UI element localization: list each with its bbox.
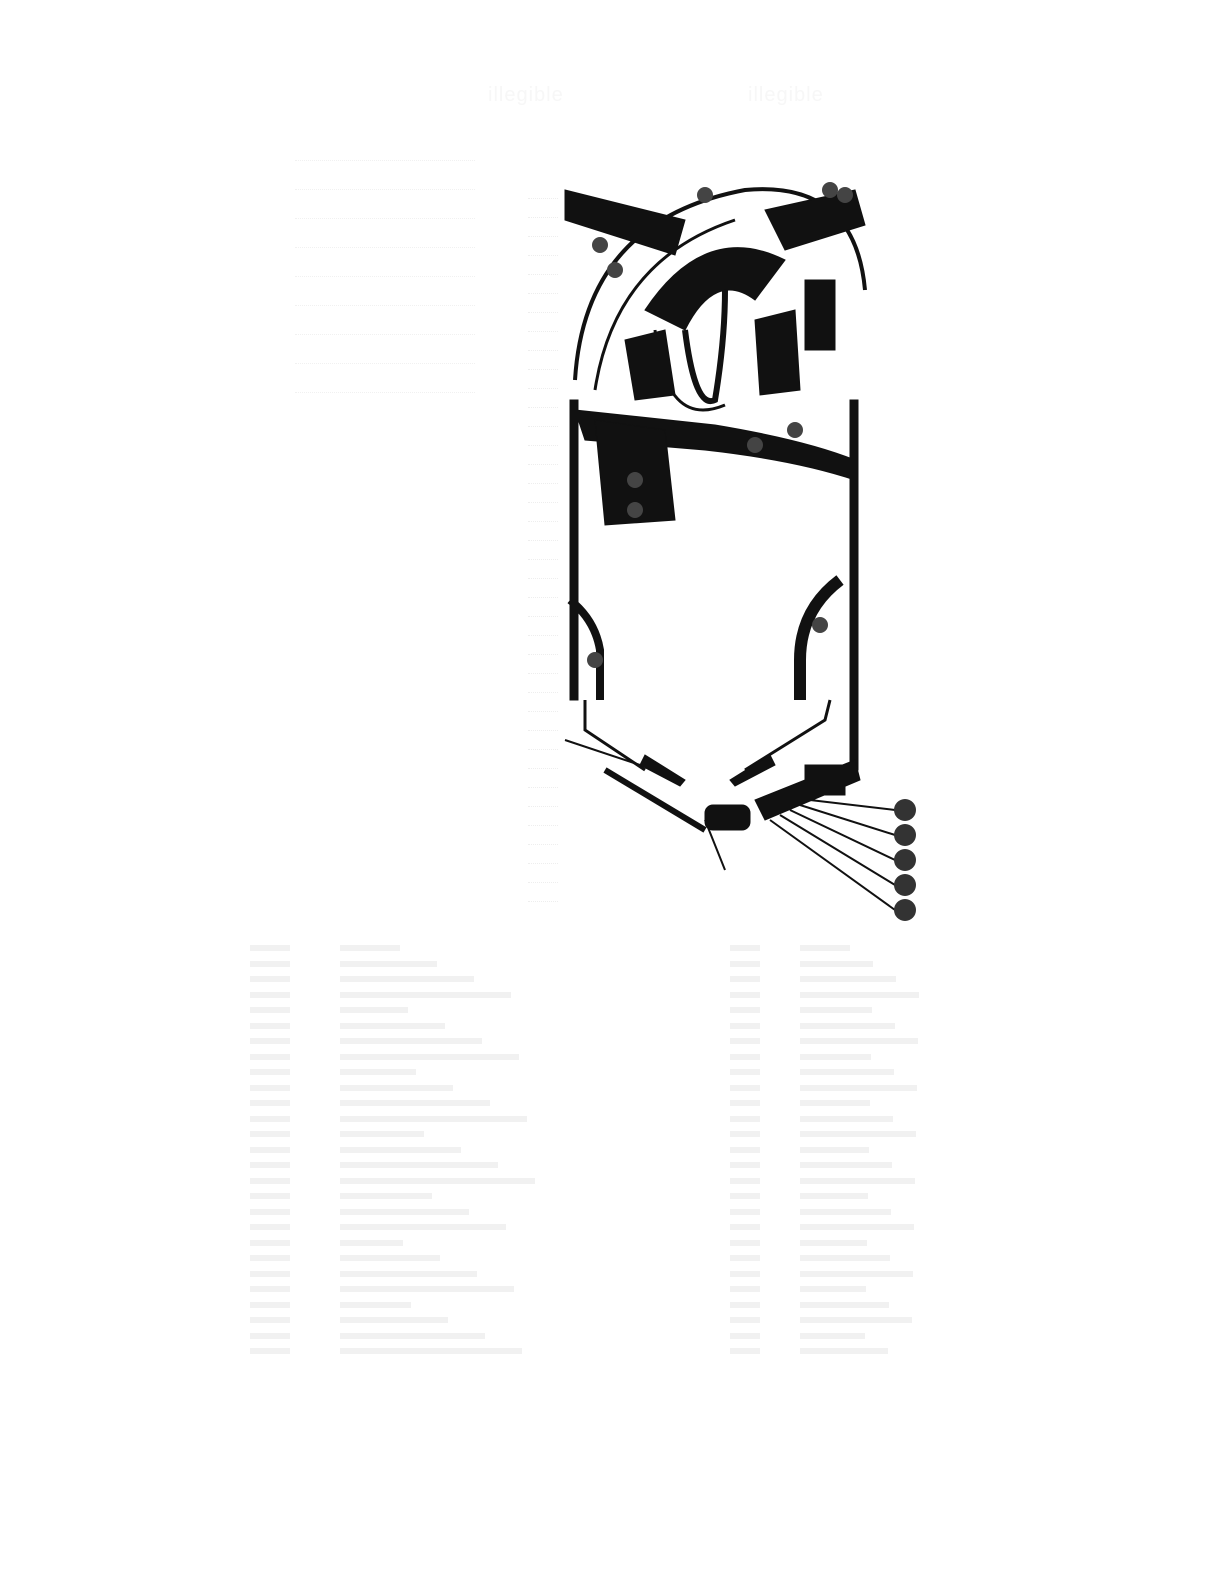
insert-light <box>587 652 603 668</box>
tick-mark <box>528 484 558 503</box>
table-cell <box>340 987 730 1003</box>
tick-mark <box>528 655 558 674</box>
tick-mark <box>528 503 558 522</box>
table-cell <box>250 1250 340 1266</box>
table-cell <box>730 1111 800 1127</box>
tick-mark <box>528 446 558 465</box>
table-cell <box>340 956 730 972</box>
reference-ticks <box>528 180 558 900</box>
table-cell <box>730 1188 800 1204</box>
tick-mark <box>528 427 558 446</box>
table-cell <box>340 1173 730 1189</box>
insert-light <box>627 502 643 518</box>
table-cell <box>250 1235 340 1251</box>
parts-table <box>250 940 950 1359</box>
callout-circle <box>894 899 916 921</box>
table-cell <box>800 1173 950 1189</box>
tick-mark <box>528 199 558 218</box>
table-cell <box>730 1126 800 1142</box>
table-cell <box>800 1064 950 1080</box>
insert-light <box>607 262 623 278</box>
table-cell <box>250 1002 340 1018</box>
table-row <box>250 1049 950 1065</box>
table-cell <box>250 1281 340 1297</box>
table-cell <box>340 1250 730 1266</box>
table-cell <box>730 971 800 987</box>
legend-row <box>295 189 475 208</box>
table-cell <box>250 956 340 972</box>
callout-circle <box>894 799 916 821</box>
table-cell <box>800 971 950 987</box>
table-cell <box>730 1235 800 1251</box>
table-row <box>250 1297 950 1313</box>
tick-mark <box>528 522 558 541</box>
table-cell <box>340 1266 730 1282</box>
table-cell <box>730 1080 800 1096</box>
table-cell <box>800 1328 950 1344</box>
table-row <box>250 940 950 956</box>
tick-mark <box>528 769 558 788</box>
table-cell <box>730 1343 800 1359</box>
table-row <box>250 1343 950 1359</box>
table-cell <box>730 987 800 1003</box>
table-cell <box>250 1080 340 1096</box>
table-row <box>250 1173 950 1189</box>
table-cell <box>800 1095 950 1111</box>
table-cell <box>340 971 730 987</box>
legend <box>295 160 475 421</box>
table-row <box>250 1328 950 1344</box>
table-row <box>250 956 950 972</box>
table-cell <box>250 1157 340 1173</box>
table-cell <box>730 1219 800 1235</box>
tick-mark <box>528 332 558 351</box>
table-cell <box>730 1064 800 1080</box>
table-row <box>250 987 950 1003</box>
callout-circle <box>894 874 916 896</box>
table-cell <box>730 940 800 956</box>
table-cell <box>730 1095 800 1111</box>
tick-mark <box>528 560 558 579</box>
table-cell <box>800 956 950 972</box>
table-cell <box>730 1142 800 1158</box>
insert-light <box>592 237 608 253</box>
table-cell <box>340 1281 730 1297</box>
table-row <box>250 1111 950 1127</box>
table-cell <box>340 1235 730 1251</box>
table-cell <box>250 1142 340 1158</box>
table-cell <box>250 971 340 987</box>
table-cell <box>250 1033 340 1049</box>
table-cell <box>730 1281 800 1297</box>
table-row <box>250 1235 950 1251</box>
table-row <box>250 1018 950 1034</box>
table-cell <box>340 1312 730 1328</box>
tick-mark <box>528 180 558 199</box>
table-cell <box>730 1250 800 1266</box>
tick-mark <box>528 275 558 294</box>
tick-mark <box>528 693 558 712</box>
legend-row <box>295 305 475 324</box>
table-cell <box>800 987 950 1003</box>
table-cell <box>340 1188 730 1204</box>
table-cell <box>340 1219 730 1235</box>
table-cell <box>730 1297 800 1313</box>
page-header-left: illegible <box>488 84 564 107</box>
insert-light <box>822 182 838 198</box>
table-cell <box>250 1188 340 1204</box>
tick-mark <box>528 256 558 275</box>
table-cell <box>800 1188 950 1204</box>
table-cell <box>800 1111 950 1127</box>
insert-light <box>837 187 853 203</box>
table-cell <box>800 1018 950 1034</box>
insert-light <box>787 422 803 438</box>
table-cell <box>730 1018 800 1034</box>
table-cell <box>730 1266 800 1282</box>
table-cell <box>730 1328 800 1344</box>
table-cell <box>800 1312 950 1328</box>
table-cell <box>340 1328 730 1344</box>
table-row <box>250 1033 950 1049</box>
table-cell <box>340 1343 730 1359</box>
table-cell <box>800 1157 950 1173</box>
table-cell <box>730 1049 800 1065</box>
table-cell <box>250 1219 340 1235</box>
table-row <box>250 1266 950 1282</box>
tick-mark <box>528 598 558 617</box>
table-cell <box>800 1142 950 1158</box>
table-cell <box>340 1157 730 1173</box>
table-cell <box>250 1328 340 1344</box>
table-cell <box>340 1111 730 1127</box>
table-cell <box>800 1219 950 1235</box>
table-cell <box>250 1095 340 1111</box>
table-cell <box>250 1312 340 1328</box>
legend-row <box>295 160 475 179</box>
table-cell <box>340 1002 730 1018</box>
callout-circle <box>894 849 916 871</box>
table-cell <box>800 1250 950 1266</box>
tick-mark <box>528 731 558 750</box>
table-cell <box>730 1204 800 1220</box>
table-row <box>250 1204 950 1220</box>
tick-mark <box>528 579 558 598</box>
table-cell <box>800 1002 950 1018</box>
table-row <box>250 1312 950 1328</box>
insert-light <box>697 187 713 203</box>
table-cell <box>800 1235 950 1251</box>
table-cell <box>800 1204 950 1220</box>
tick-mark <box>528 465 558 484</box>
tick-mark <box>528 788 558 807</box>
table-cell <box>730 1033 800 1049</box>
tick-mark <box>528 674 558 693</box>
legend-row <box>295 392 475 411</box>
legend-row <box>295 363 475 382</box>
table-row <box>250 1281 950 1297</box>
table-cell <box>800 1033 950 1049</box>
table-cell <box>730 1157 800 1173</box>
table-cell <box>800 1297 950 1313</box>
table-row <box>250 1219 950 1235</box>
table-row <box>250 1157 950 1173</box>
callout-circle <box>894 824 916 846</box>
table-row <box>250 1002 950 1018</box>
table-cell <box>340 1297 730 1313</box>
insert-light <box>812 617 828 633</box>
table-cell <box>340 1126 730 1142</box>
table-cell <box>340 1018 730 1034</box>
table-cell <box>250 1297 340 1313</box>
table-cell <box>800 1343 950 1359</box>
table-cell <box>250 987 340 1003</box>
tick-mark <box>528 845 558 864</box>
table-cell <box>250 1204 340 1220</box>
table-cell <box>730 1002 800 1018</box>
table-cell <box>340 1095 730 1111</box>
table-cell <box>250 1343 340 1359</box>
table-cell <box>250 1018 340 1034</box>
table-cell <box>250 1126 340 1142</box>
table-cell <box>250 1049 340 1065</box>
tick-mark <box>528 389 558 408</box>
tick-mark <box>528 636 558 655</box>
table-cell <box>250 1111 340 1127</box>
table-row <box>250 1064 950 1080</box>
tick-mark <box>528 351 558 370</box>
table-cell <box>250 1064 340 1080</box>
table-row <box>250 971 950 987</box>
tick-mark <box>528 826 558 845</box>
table-cell <box>340 1049 730 1065</box>
table-row <box>250 1142 950 1158</box>
table-cell <box>800 1126 950 1142</box>
legend-row <box>295 276 475 295</box>
table-cell <box>730 1173 800 1189</box>
tick-mark <box>528 237 558 256</box>
tick-mark <box>528 408 558 427</box>
tick-mark <box>528 712 558 731</box>
insert-light <box>747 437 763 453</box>
table-cell <box>250 940 340 956</box>
tick-mark <box>528 218 558 237</box>
table-cell <box>340 1142 730 1158</box>
table-cell <box>340 940 730 956</box>
table-cell <box>340 1204 730 1220</box>
table-cell <box>340 1080 730 1096</box>
table-cell <box>800 1080 950 1096</box>
table-cell <box>250 1266 340 1282</box>
tick-mark <box>528 750 558 769</box>
tick-mark <box>528 617 558 636</box>
table-row <box>250 1188 950 1204</box>
table-cell <box>340 1033 730 1049</box>
table-cell <box>730 956 800 972</box>
table-row <box>250 1095 950 1111</box>
table-row <box>250 1080 950 1096</box>
table-cell <box>800 1281 950 1297</box>
tick-mark <box>528 294 558 313</box>
insert-light <box>627 472 643 488</box>
table-cell <box>730 1312 800 1328</box>
table-cell <box>800 940 950 956</box>
tick-mark <box>528 807 558 826</box>
tick-mark <box>528 864 558 883</box>
table-row <box>250 1126 950 1142</box>
table-cell <box>800 1049 950 1065</box>
tick-mark <box>528 883 558 902</box>
page-header-right: illegible <box>748 84 824 107</box>
tick-mark <box>528 541 558 560</box>
table-row <box>250 1250 950 1266</box>
legend-row <box>295 218 475 237</box>
legend-row <box>295 334 475 353</box>
table-cell <box>250 1173 340 1189</box>
table-cell <box>800 1266 950 1282</box>
playfield-diagram <box>555 180 925 930</box>
tick-mark <box>528 313 558 332</box>
table-cell <box>340 1064 730 1080</box>
tick-mark <box>528 370 558 389</box>
legend-row <box>295 247 475 266</box>
